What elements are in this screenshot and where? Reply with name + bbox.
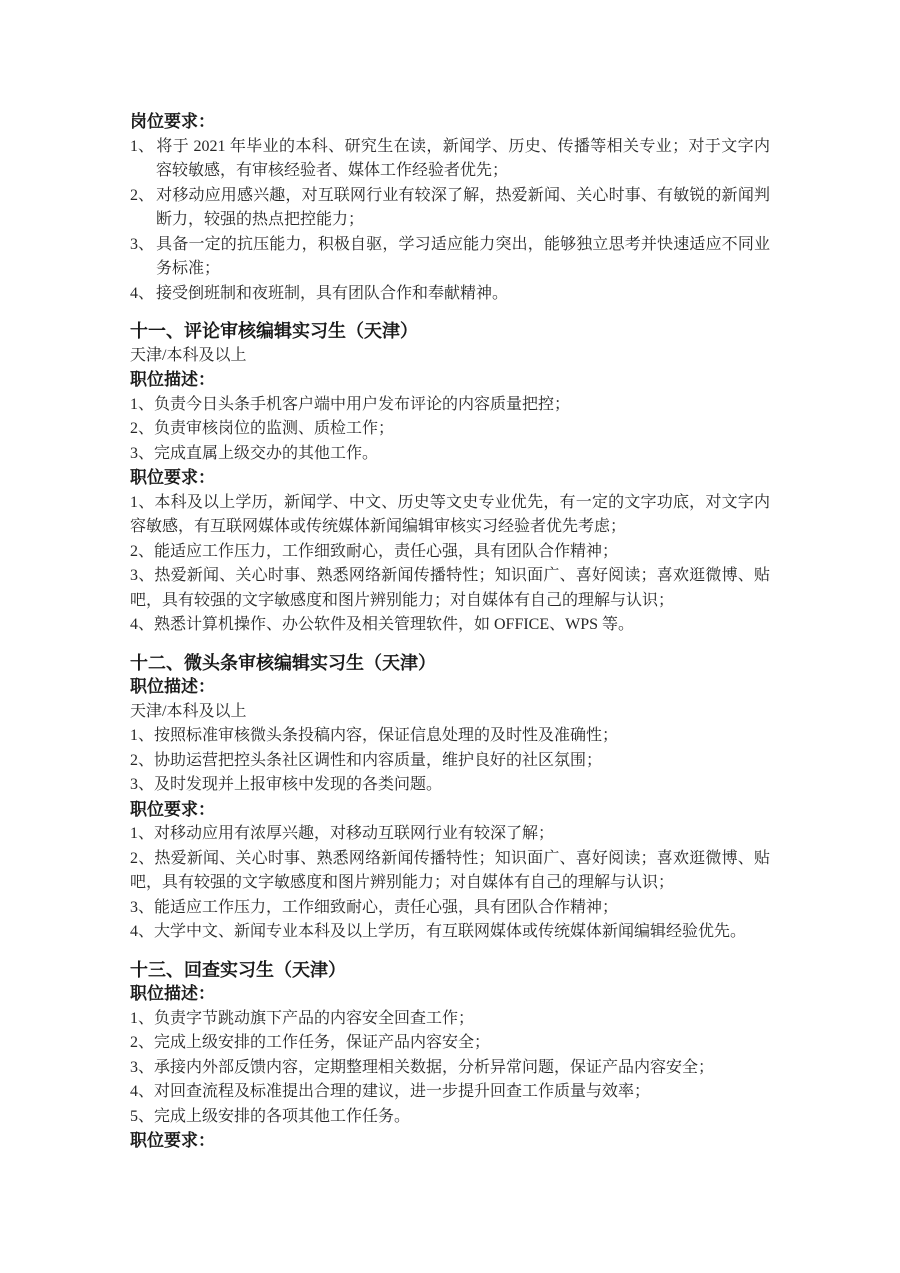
item-marker: 1、 — [130, 135, 156, 160]
requirement-item: 4、熟悉计算机操作、办公软件及相关管理软件，如 OFFICE、WPS 等。 — [130, 613, 770, 638]
numbered-list-item: 2、对移动应用感兴趣，对互联网行业有较深了解，热爱新闻、关心时事、有敏锐的新闻判… — [130, 184, 770, 233]
description-item: 3、及时发现并上报审核中发现的各类问题。 — [130, 773, 770, 798]
requirement-item: 2、热爱新闻、关心时事、熟悉网络新闻传播特性；知识面广、喜好阅读；喜欢逛微博、贴… — [130, 847, 770, 896]
description-item: 5、完成上级安排的各项其他工作任务。 — [130, 1105, 770, 1130]
description-heading: 职位描述： — [130, 368, 770, 393]
requirements-heading: 职位要求： — [130, 798, 770, 823]
description-item: 1、按照标准审核微头条投稿内容，保证信息处理的及时性及准确性； — [130, 724, 770, 749]
job-title: 十三、回查实习生（天津） — [130, 958, 770, 983]
description-item: 3、完成直属上级交办的其他工作。 — [130, 442, 770, 467]
description-heading: 职位描述： — [130, 982, 770, 1007]
requirement-item: 4、大学中文、新闻专业本科及以上学历，有互联网媒体或传统媒体新闻编辑经验优先。 — [130, 920, 770, 945]
numbered-list-item: 3、具备一定的抗压能力，积极自驱，学习适应能力突出，能够独立思考并快速适应不同业… — [130, 233, 770, 282]
job-title: 十二、微头条审核编辑实习生（天津） — [130, 651, 770, 676]
job-title: 十一、评论审核编辑实习生（天津） — [130, 319, 770, 344]
item-marker: 2、 — [130, 184, 156, 209]
item-marker: 4、 — [130, 282, 156, 307]
requirement-item: 3、能适应工作压力，工作细致耐心，责任心强，具有团队合作精神； — [130, 896, 770, 921]
job-section-thirteen: 十三、回查实习生（天津） 职位描述： 1、负责字节跳动旗下产品的内容安全回查工作… — [130, 958, 770, 1154]
requirement-item: 1、对移动应用有浓厚兴趣，对移动互联网行业有较深了解； — [130, 822, 770, 847]
numbered-list-item: 1、将于 2021 年毕业的本科、研究生在读，新闻学、历史、传播等相关专业；对于… — [130, 135, 770, 184]
item-text: 对移动应用感兴趣，对互联网行业有较深了解，热爱新闻、关心时事、有敏锐的新闻判断力… — [156, 187, 770, 229]
description-item: 1、负责字节跳动旗下产品的内容安全回查工作； — [130, 1007, 770, 1032]
requirement-item: 1、本科及以上学历，新闻学、中文、历史等文史专业优先，有一定的文字功底，对文字内… — [130, 491, 770, 540]
description-item: 2、完成上级安排的工作任务，保证产品内容安全； — [130, 1031, 770, 1056]
description-item: 4、对回查流程及标准提出合理的建议，进一步提升回查工作质量与效率； — [130, 1080, 770, 1105]
requirements-heading: 职位要求： — [130, 466, 770, 491]
job-section-eleven: 十一、评论审核编辑实习生（天津） 天津/本科及以上 职位描述： 1、负责今日头条… — [130, 319, 770, 638]
location-line: 天津/本科及以上 — [130, 700, 770, 725]
requirement-item: 2、能适应工作压力，工作细致耐心，责任心强，具有团队合作精神； — [130, 540, 770, 565]
description-item: 1、负责今日头条手机客户端中用户发布评论的内容质量把控； — [130, 393, 770, 418]
job-section-twelve: 十二、微头条审核编辑实习生（天津） 职位描述： 天津/本科及以上 1、按照标准审… — [130, 651, 770, 945]
description-item: 2、协助运营把控头条社区调性和内容质量，维护良好的社区氛围； — [130, 749, 770, 774]
description-item: 2、负责审核岗位的监测、质检工作； — [130, 417, 770, 442]
item-text: 具备一定的抗压能力，积极自驱，学习适应能力突出，能够独立思考并快速适应不同业务标… — [156, 236, 770, 278]
location-line: 天津/本科及以上 — [130, 344, 770, 369]
intro-requirements-heading: 岗位要求： — [130, 110, 770, 135]
requirements-heading: 职位要求： — [130, 1129, 770, 1154]
description-heading: 职位描述： — [130, 675, 770, 700]
document-page: 岗位要求： 1、将于 2021 年毕业的本科、研究生在读，新闻学、历史、传播等相… — [0, 0, 900, 1273]
item-text: 将于 2021 年毕业的本科、研究生在读，新闻学、历史、传播等相关专业；对于文字… — [156, 138, 770, 180]
item-marker: 3、 — [130, 233, 156, 258]
requirement-item: 3、热爱新闻、关心时事、熟悉网络新闻传播特性；知识面广、喜好阅读；喜欢逛微博、贴… — [130, 564, 770, 613]
numbered-list-item: 4、接受倒班制和夜班制，具有团队合作和奉献精神。 — [130, 282, 770, 307]
item-text: 接受倒班制和夜班制，具有团队合作和奉献精神。 — [156, 285, 508, 302]
description-item: 3、承接内外部反馈内容，定期整理相关数据，分析异常问题，保证产品内容安全； — [130, 1056, 770, 1081]
